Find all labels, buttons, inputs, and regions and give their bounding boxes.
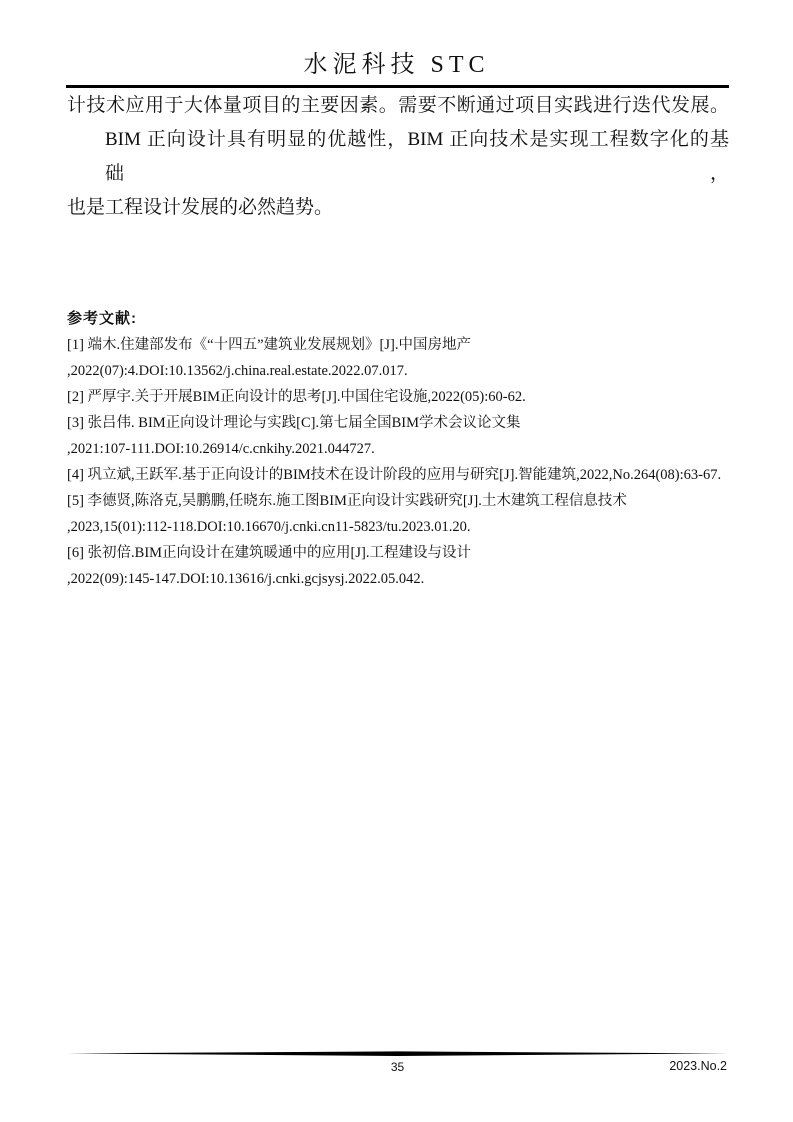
reference-line: ,2023,15(01):112-118.DOI:10.16670/j.cnki… bbox=[67, 514, 747, 540]
reference-line: ,2021:107-111.DOI:10.26914/c.cnkihy.2021… bbox=[67, 436, 747, 462]
body-text-line: BIM 正向设计具有明显的优越性，BIM 正向技术是实现工程数字化的基础， bbox=[67, 123, 729, 191]
footer-rule bbox=[67, 1051, 728, 1057]
article-body: 计技术应用于大体量项目的主要因素。需要不断通过项目实践进行迭代发展。 BIM 正… bbox=[67, 89, 729, 225]
page-number: 35 bbox=[67, 1060, 728, 1074]
reference-line: ,2022(07):4.DOI:10.13562/j.china.real.es… bbox=[67, 358, 747, 384]
reference-line: [4] 巩立斌,王跃军.基于正向设计的BIM技术在设计阶段的应用与研究[J].智… bbox=[67, 462, 747, 488]
body-text-line: 也是工程设计发展的必然趋势。 bbox=[67, 191, 729, 225]
reference-item: [4] 巩立斌,王跃军.基于正向设计的BIM技术在设计阶段的应用与研究[J].智… bbox=[67, 462, 747, 488]
reference-item: [5] 李德贤,陈洛克,吴鹏鹏,任晓东.施工图BIM正向设计实践研究[J].土木… bbox=[67, 488, 747, 540]
references-section: 参考文献: [1] 端木.住建部发布《“十四五”建筑业发展规划》[J].中国房地… bbox=[67, 306, 747, 592]
header-rule bbox=[66, 85, 729, 88]
reference-line: [2] 严厚宇.关于开展BIM正向设计的思考[J].中国住宅设施,2022(05… bbox=[67, 384, 747, 410]
reference-item: [1] 端木.住建部发布《“十四五”建筑业发展规划》[J].中国房地产 ,202… bbox=[67, 332, 747, 384]
reference-line: [1] 端木.住建部发布《“十四五”建筑业发展规划》[J].中国房地产 bbox=[67, 332, 747, 358]
reference-line: [3] 张吕伟. BIM正向设计理论与实践[C].第七届全国BIM学术会议论文集 bbox=[67, 410, 747, 436]
references-heading: 参考文献: bbox=[67, 306, 747, 332]
reference-line: ,2022(09):145-147.DOI:10.13616/j.cnki.gc… bbox=[67, 566, 747, 592]
reference-item: [2] 严厚宇.关于开展BIM正向设计的思考[J].中国住宅设施,2022(05… bbox=[67, 384, 747, 410]
reference-item: [3] 张吕伟. BIM正向设计理论与实践[C].第七届全国BIM学术会议论文集… bbox=[67, 410, 747, 462]
issue-number: 2023.No.2 bbox=[669, 1059, 727, 1073]
reference-line: [6] 张初倍.BIM正向设计在建筑暖通中的应用[J].工程建设与设计 bbox=[67, 540, 747, 566]
journal-title: 水泥科技 STC bbox=[0, 44, 793, 79]
document-page: 水泥科技 STC 计技术应用于大体量项目的主要因素。需要不断通过项目实践进行迭代… bbox=[0, 0, 793, 1122]
reference-item: [6] 张初倍.BIM正向设计在建筑暖通中的应用[J].工程建设与设计 ,202… bbox=[67, 540, 747, 592]
reference-line: [5] 李德贤,陈洛克,吴鹏鹏,任晓东.施工图BIM正向设计实践研究[J].土木… bbox=[67, 488, 747, 514]
body-text-line: 计技术应用于大体量项目的主要因素。需要不断通过项目实践进行迭代发展。 bbox=[67, 89, 729, 123]
